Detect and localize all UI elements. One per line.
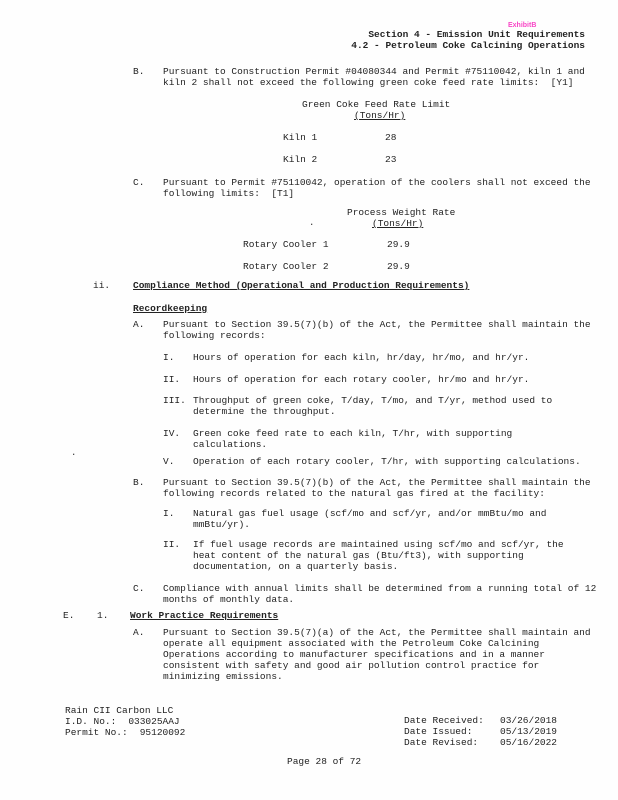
table-row-label: Rotary Cooler 2	[243, 261, 329, 272]
section-e-number: 1.	[97, 610, 108, 621]
record-item-i: I. Hours of operation for each kiln, hr/…	[163, 352, 529, 363]
table-row-value: 23	[385, 154, 396, 165]
header-line-1: Section 4 - Emission Unit Requirements	[368, 29, 585, 40]
green-coke-table-unit: (Tons/Hr)	[354, 110, 405, 121]
footer-id-line: I.D. No.:033025AAJ	[65, 716, 180, 727]
table-row-label: Kiln 1	[283, 132, 317, 143]
paragraph-line: Pursuant to Permit #75110042, operation …	[163, 177, 591, 188]
footer-permit-value: 95120092	[140, 727, 186, 738]
paragraph-line: Throughput of green coke, T/day, T/mo, a…	[193, 395, 552, 406]
table-row-value: 29.9	[387, 239, 410, 250]
footer-company: Rain CII Carbon LLC	[65, 705, 173, 716]
paragraph-line: following limits: [T1]	[163, 188, 591, 199]
paragraph-line: kiln 2 shall not exceed the following gr…	[163, 77, 585, 88]
paragraph-line: minimizing emissions.	[163, 671, 591, 682]
section-ii-marker: ii.	[93, 280, 110, 291]
item-marker: I.	[163, 508, 174, 519]
paragraph-line: Green coke feed rate to each kiln, T/hr,…	[193, 428, 512, 439]
footer-id-label: I.D. No.:	[65, 716, 116, 727]
item-marker: IV.	[163, 428, 180, 439]
footer-date-issued: Date Issued:05/13/2019	[404, 726, 557, 737]
paragraph-item-b: B. Pursuant to Construction Permit #0408…	[133, 66, 585, 88]
paragraph-line: Hours of operation for each rotary coole…	[193, 374, 529, 385]
record-item-iii: III. Throughput of green coke, T/day, T/…	[163, 395, 552, 417]
paragraph-line: consistent with safety and good air poll…	[163, 660, 591, 671]
paragraph-line: Pursuant to Construction Permit #0408034…	[163, 66, 585, 77]
scan-artifact-dot: .	[71, 448, 76, 458]
footer-permit-line: Permit No.:95120092	[65, 727, 185, 738]
item-marker: C.	[133, 177, 144, 188]
work-practice-heading: Work Practice Requirements	[130, 610, 278, 621]
paragraph-item-b2: B. Pursuant to Section 39.5(7)(b) of the…	[133, 477, 591, 499]
date-issued-value: 05/13/2019	[500, 726, 557, 737]
table-row-label: Rotary Cooler 1	[243, 239, 329, 250]
footer-date-revised: Date Revised:05/16/2022	[404, 737, 557, 748]
paragraph-line: mmBtu/yr).	[193, 519, 546, 530]
paragraph-line: Pursuant to Section 39.5(7)(b) of the Ac…	[163, 477, 591, 488]
record-item-v: V. Operation of each rotary cooler, T/hr…	[163, 456, 581, 467]
gas-record-item-ii: II. If fuel usage records are maintained…	[163, 539, 564, 572]
item-marker: V.	[163, 456, 174, 467]
paragraph-line: Operations according to manufacturer spe…	[163, 649, 591, 660]
process-weight-table-title: Process Weight Rate	[347, 207, 455, 218]
paragraph-item-c2: C. Compliance with annual limits shall b…	[133, 583, 596, 605]
section-ii-heading: Compliance Method (Operational and Produ…	[133, 280, 469, 291]
paragraph-line: Operation of each rotary cooler, T/hr, w…	[193, 456, 581, 467]
footer-id-value: 033025AAJ	[128, 716, 179, 727]
item-marker: III.	[163, 395, 186, 406]
item-marker: II.	[163, 374, 180, 385]
paragraph-line: months of monthly data.	[163, 594, 596, 605]
item-marker: II.	[163, 539, 180, 550]
exhibit-stamp: ExhibitB	[508, 22, 536, 29]
process-weight-table-unit: (Tons/Hr)	[372, 218, 423, 229]
paragraph-line: Natural gas fuel usage (scf/mo and scf/y…	[193, 508, 546, 519]
paragraph-line: following records:	[163, 330, 591, 341]
date-revised-label: Date Revised:	[404, 737, 500, 748]
paragraph-line: Pursuant to Section 39.5(7)(a) of the Ac…	[163, 627, 591, 638]
item-marker: A.	[133, 319, 144, 330]
document-page: ExhibitB Section 4 - Emission Unit Requi…	[0, 0, 618, 800]
paragraph-item-c: C. Pursuant to Permit #75110042, operati…	[133, 177, 591, 199]
paragraph-item-a2: A. Pursuant to Section 39.5(7)(a) of the…	[133, 627, 591, 682]
paragraph-line: Compliance with annual limits shall be d…	[163, 583, 596, 594]
paragraph-line: calculations.	[193, 439, 512, 450]
date-revised-value: 05/16/2022	[500, 737, 557, 748]
recordkeeping-heading: Recordkeeping	[133, 303, 207, 314]
item-marker: B.	[133, 66, 144, 77]
paragraph-item-a: A. Pursuant to Section 39.5(7)(b) of the…	[133, 319, 591, 341]
paragraph-line: operate all equipment associated with th…	[163, 638, 591, 649]
section-e-marker: E.	[63, 610, 74, 621]
paragraph-line: Pursuant to Section 39.5(7)(b) of the Ac…	[163, 319, 591, 330]
paragraph-line: heat content of the natural gas (Btu/ft3…	[193, 550, 564, 561]
header-line-2: 4.2 - Petroleum Coke Calcining Operation…	[351, 40, 585, 51]
paragraph-line: following records related to the natural…	[163, 488, 591, 499]
paragraph-line: Hours of operation for each kiln, hr/day…	[193, 352, 529, 363]
footer-permit-label: Permit No.:	[65, 727, 128, 738]
footer-date-received: Date Received:03/26/2018	[404, 715, 557, 726]
date-received-label: Date Received:	[404, 715, 500, 726]
item-marker: B.	[133, 477, 144, 488]
record-item-ii: II. Hours of operation for each rotary c…	[163, 374, 529, 385]
paragraph-line: documentation, on a quarterly basis.	[193, 561, 564, 572]
table-row-value: 29.9	[387, 261, 410, 272]
record-item-iv: IV. Green coke feed rate to each kiln, T…	[163, 428, 512, 450]
scan-artifact-dot: .	[309, 218, 314, 228]
date-received-value: 03/26/2018	[500, 715, 557, 726]
item-marker: A.	[133, 627, 144, 638]
green-coke-table-title: Green Coke Feed Rate Limit	[302, 99, 450, 110]
paragraph-line: determine the throughput.	[193, 406, 552, 417]
item-marker: C.	[133, 583, 144, 594]
gas-record-item-i: I. Natural gas fuel usage (scf/mo and sc…	[163, 508, 546, 530]
table-row-label: Kiln 2	[283, 154, 317, 165]
page-number: Page 28 of 72	[287, 756, 361, 767]
paragraph-line: If fuel usage records are maintained usi…	[193, 539, 564, 550]
table-row-value: 28	[385, 132, 396, 143]
item-marker: I.	[163, 352, 174, 363]
date-issued-label: Date Issued:	[404, 726, 500, 737]
